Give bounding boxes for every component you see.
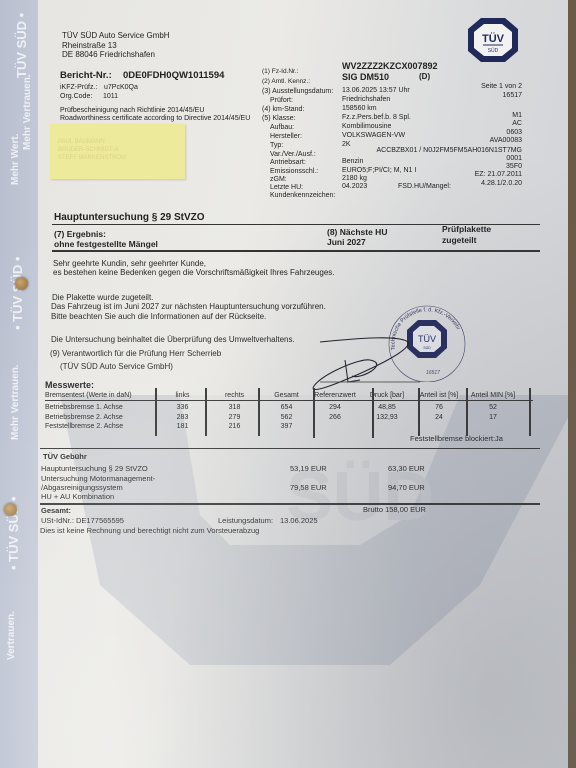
report-number-label: Bericht-Nr.: [60,70,112,81]
stripe-text: Mehr Vertrauen. [22,74,33,150]
table-column-divider [466,388,468,436]
vehicle-field-label: Antriebsart: [270,158,306,167]
divider [52,250,540,252]
svg-text:16517: 16517 [426,370,440,376]
vehicle-field-label: (3) Ausstellungsdatum: [262,87,333,96]
vehicle-field-code: AC [512,119,522,128]
next-hu-label: (8) Nächste HU [327,228,387,237]
svg-text:SÜD: SÜD [488,47,499,54]
table-cell: 336 [160,403,205,412]
table-cell: 181 [160,422,205,431]
table-cell: 132,93 [362,413,412,422]
fee-item-label: /Abgasreinigungssystem [41,483,123,492]
table-cell: 266 [310,413,360,422]
table-header: Referenzwert [310,391,360,400]
vehicle-field-value: 2K [342,140,351,149]
org-code-value: 1011 [103,92,118,101]
sticky-note-line: STEFF MARKENSTROM [58,154,126,162]
table-header: rechts [212,391,257,400]
divider [40,503,540,505]
fee-item-label: Hauptuntersuchung § 29 StVZO [41,464,148,473]
table-column-divider [418,388,420,436]
vehicle-field-value: 13.06.2025 13:57 Uhr [342,86,410,95]
table-header: Gesamt [264,391,309,400]
vehicle-field-label: Typ: [270,141,283,150]
table-cell: 76 [416,403,462,412]
service-date-label: Leistungsdatum: [218,516,273,525]
svg-text:TÜV: TÜV [418,334,436,344]
sticky-note-line: BRUDER-SCHMIDT-A [58,146,118,154]
vehicle-field-value: VOLKSWAGEN-VW [342,131,405,140]
org-code-label: Org.Code: [60,92,92,101]
svg-text:SÜD: SÜD [423,346,431,350]
table-header: Druck [bar] [362,391,412,400]
issuer-name: TÜV SÜD Auto Service GmbH [62,31,170,40]
fee-item-net: 79,58 EUR [290,483,327,492]
directive-en: Roadworthiness certificate according to … [60,114,250,123]
brand-side-stripe: TÜV SÜD • Mehr Wert. Mehr Vertrauen. • T… [0,0,38,768]
measurements-title: Messwerte: [45,380,94,390]
vehicle-field-value: 158560 km [342,104,377,113]
fee-item-gross: 94,70 EUR [388,483,425,492]
vehicle-field-value: Fz.z.Pers.bef.b. 8 Spl. [342,113,411,122]
table-column-divider [205,388,207,436]
table-column-divider [155,388,157,436]
vehicle-field-label: (4) km-Stand: [262,105,304,114]
table-column-divider [529,388,531,436]
fee-item-net: 53,19 EUR [290,464,327,473]
next-hu-value: Juni 2027 [327,238,366,247]
table-header: Bremsentest (Werte in daN) [45,391,155,400]
table-cell: 216 [212,422,257,431]
fsd-label: FSD.HU/Mangel: [398,182,451,191]
parking-brake-footnote: Feststellbremse blockiert:Ja [410,434,503,443]
service-date: 13.06.2025 [280,516,318,525]
result-value: ohne festgestellte Mängel [54,240,158,249]
stripe-text: • TÜV SÜD • [10,257,25,330]
greeting-text: Sehr geehrte Kundin, sehr geehrter Kunde… [53,259,206,268]
vehicle-field-code: 4.28.1/2.0.20 [481,179,522,188]
vehicle-field-value: Kombilimousine [342,122,391,131]
svg-text:TÜV: TÜV [482,32,505,45]
document-page: SÜD TÜV SÜD • Mehr Wert. Mehr Vertrauen.… [0,0,568,768]
stripe-text: TÜV SÜD • [14,13,29,78]
table-cell: 654 [264,403,309,412]
total-label: Gesamt: [41,506,71,515]
plakette-text: Die Plakette wurde zugeteilt. [52,293,153,302]
table-cell: Betriebsbremse 2. Achse [45,413,155,422]
vehicle-field-label: Aufbau: [270,123,294,132]
ikfz-value: u7PcK0Qa [104,83,138,92]
table-cell: 283 [160,413,205,422]
fee-item-label: Untersuchung Motormanagement- [41,474,155,483]
table-cell: 562 [264,413,309,422]
fees-title: TÜV Gebühr [43,452,87,461]
sticky-note-line: PAUL BAUMANN [58,138,105,146]
inspector-signature [300,330,420,400]
vehicle-field-value: Friedrichshafen [342,95,390,104]
table-cell: 52 [466,403,520,412]
divider [40,448,540,449]
table-cell: 17 [466,413,520,422]
punch-hole [15,277,28,290]
table-cell: Betriebsbremse 1. Achse [45,403,155,412]
emissions-text: Die Untersuchung beinhaltet die Überprüf… [51,335,295,344]
table-cell: 397 [264,422,309,431]
table-cell: 24 [416,413,462,422]
stripe-text: Mehr Wert. [10,134,21,186]
report-number: 0DE0FDH0QW1011594 [123,70,224,81]
tuv-sud-logo: TÜV SÜD [467,17,519,63]
vehicle-field-label: Kundenkennzeichen: [270,191,335,200]
table-column-divider [313,388,315,438]
vehicle-field-code: 16517 [503,91,522,100]
table-header: links [160,391,205,400]
table-header: Anteil ist [%] [416,391,462,400]
table-cell: 48,85 [362,403,412,412]
issuer-street: Rheinstraße 13 [62,41,117,50]
fee-item-label: HU + AU Kombination [41,492,114,501]
inspection-title: Hauptuntersuchung § 29 StVZO [54,212,205,223]
vehicle-field-label: (5) Klasse: [262,114,295,123]
vehicle-field-code: AVA00083 [490,136,522,145]
fee-item-gross: 63,30 EUR [388,464,425,473]
plakette-label: Prüfplakette [442,225,491,234]
vehicle-field-value: 04.2023 [342,182,367,191]
responsible-text: (9) Verantwortlich für die Prüfung Herr … [50,349,221,358]
table-cell: 318 [212,403,257,412]
plakette-value: zugeteilt [442,236,476,245]
next-due-text: Das Fahrzeug ist im Juni 2027 zur nächst… [51,302,326,311]
sticky-note: PAUL BAUMANN BRUDER-SCHMIDT-A STEFF MARK… [50,124,185,179]
vehicle-field-label: Hersteller: [270,132,302,141]
vehicle-field-label: (1) Fz-Id.Nr.: [262,67,298,76]
table-header: Anteil MIN [%] [466,391,520,400]
country-code: (D) [419,72,430,81]
issuer-city: DE 88046 Friedrichshafen [62,50,155,59]
punch-hole [4,503,17,516]
disclaimer: Dies ist keine Rechnung und berechtigt n… [40,526,259,535]
vehicle-field-code: EZ: 21.07.2011 [475,170,522,179]
license-plate: SIG DM510 [342,72,389,82]
stripe-text: Mehr Vertrauen. [10,364,21,440]
vehicle-id-number: WV2ZZZ2KZCX007892 [342,61,438,71]
responsible-company: (TÜV SÜD Auto Service GmbH) [60,362,173,371]
no-concerns-text: es bestehen keine Bedenken gegen die Vor… [53,268,335,277]
vehicle-field-label: Prüfort: [270,96,293,105]
vehicle-field-code: Seite 1 von 2 [481,82,522,91]
vat-id: USt-IdNr.: DE177565595 [41,516,124,525]
table-cell: 279 [212,413,257,422]
backside-text: Bitte beachten Sie auch die Informatione… [51,312,266,321]
table-cell: Feststellbremse 2. Achse [45,422,155,431]
vehicle-field-code: ACCBZBX01 / N0J2FM5FM5AH016N1ST7MG [377,146,523,155]
ikfz-label: iKFZ-Prüfz.: [60,83,97,92]
vehicle-field-label: (2) Amtl. Kennz.: [262,77,310,86]
divider [45,400,533,401]
table-cell: 294 [310,403,360,412]
result-label: (7) Ergebnis: [54,230,106,239]
table-column-divider [372,388,374,438]
vehicle-field-value: Benzin [342,157,363,166]
total-value: Brutto 158,00 EUR [363,505,426,514]
stripe-text: Vertrauen. [6,611,17,660]
table-column-divider [258,388,260,436]
